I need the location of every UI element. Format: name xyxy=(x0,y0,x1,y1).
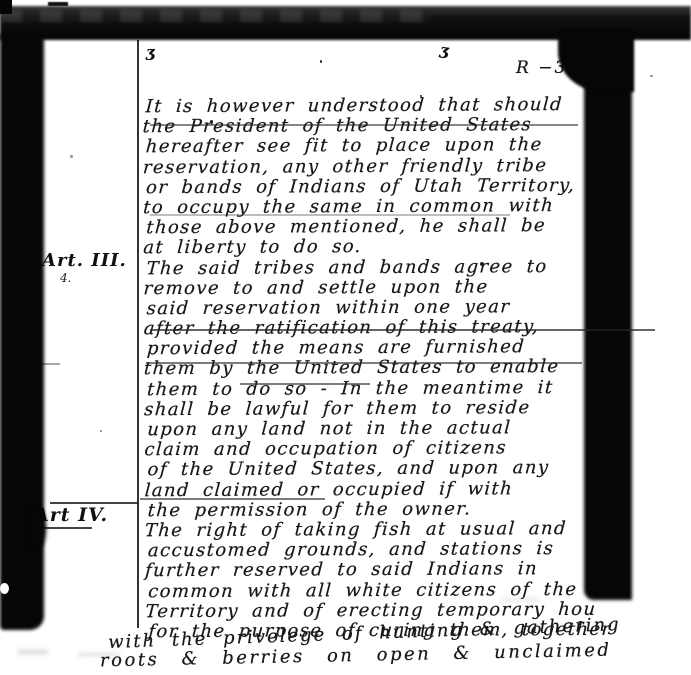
top-right-corner-shadow xyxy=(558,30,634,92)
ruled-line xyxy=(140,498,325,500)
manuscript-line: The said tribes and bands agree to xyxy=(146,256,610,279)
speck xyxy=(420,95,422,97)
manuscript-line: shall be lawful for them to reside xyxy=(144,398,611,421)
manuscript-line: those above mentioned, he shall be xyxy=(146,216,610,239)
speck xyxy=(480,262,484,266)
speck xyxy=(100,430,102,432)
margin-rule-line xyxy=(137,40,139,628)
ink-mark: ʒ xyxy=(146,43,155,61)
article-3-label: Art. III. xyxy=(42,250,127,271)
corner-ink-nub xyxy=(0,0,12,14)
speck xyxy=(650,75,653,77)
ruled-line xyxy=(150,124,578,126)
manuscript-body: It is however understood that should the… xyxy=(143,95,612,642)
manuscript-line: of the United States, and upon any xyxy=(147,458,611,481)
smudge xyxy=(500,598,540,602)
article-3-note: 4. xyxy=(60,271,71,285)
strike-line xyxy=(240,383,370,385)
manuscript-line: said reservation within one year xyxy=(146,297,610,320)
ruled-line xyxy=(146,362,582,364)
speck xyxy=(320,60,322,63)
left-border-white-dot xyxy=(0,583,9,594)
top-edge-dash xyxy=(48,2,68,6)
ruled-line xyxy=(150,329,655,331)
right-scan-border xyxy=(584,34,632,600)
manuscript-line: them to do so - In the meantime it xyxy=(146,377,610,400)
ruled-line xyxy=(150,214,510,216)
ink-mark: ʒ xyxy=(439,40,450,59)
manuscript-line: remove to and settle upon the xyxy=(143,276,610,299)
smudge xyxy=(18,650,48,654)
speck xyxy=(210,120,213,123)
scanned-page: ʒ ʒ R −3 Art. III. 4. Art IV. It is howe… xyxy=(0,0,691,675)
left-border-bump xyxy=(30,508,46,548)
speck xyxy=(70,155,73,158)
top-scan-border-texture xyxy=(0,10,430,22)
